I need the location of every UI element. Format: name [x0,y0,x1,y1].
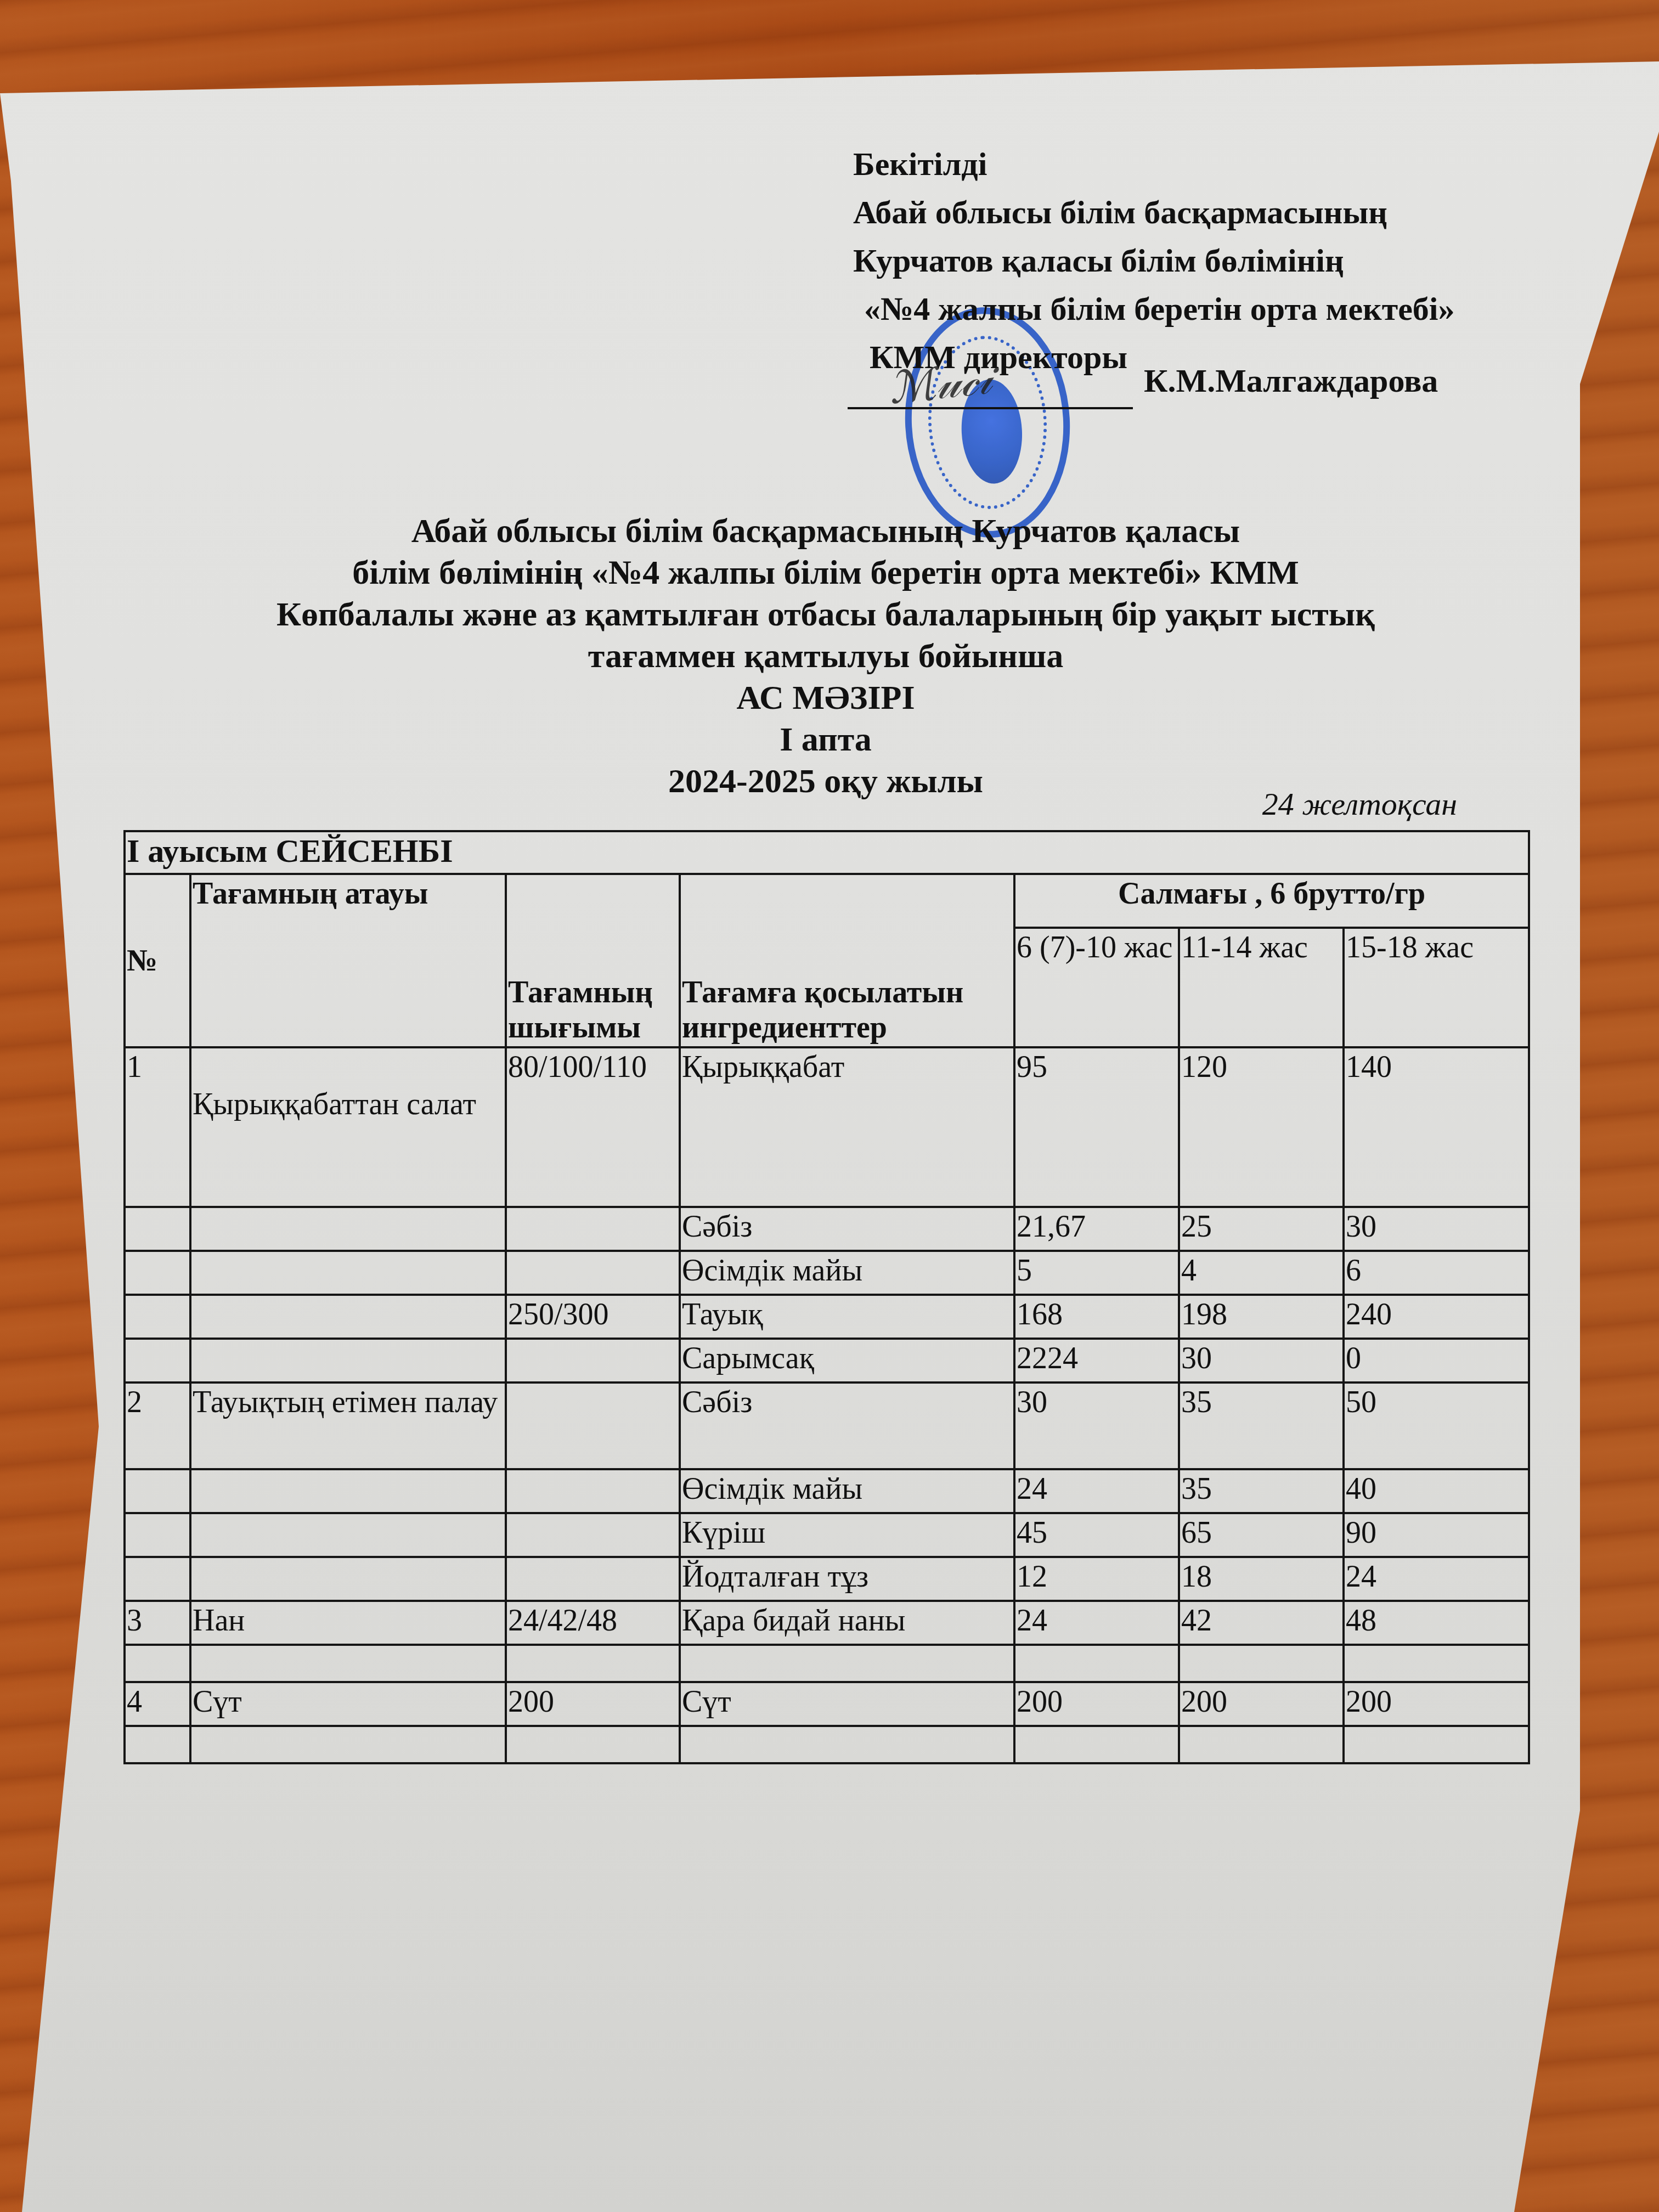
header-age-15-18: 15-18 жас [1344,928,1529,1047]
shift-header-row: І ауысым СЕЙСЕНБІ [125,831,1529,874]
dish-output: 200 [506,1682,680,1726]
row-number [125,1207,190,1251]
row-number [125,1557,190,1601]
weight-age-11-14: 18 [1179,1557,1344,1601]
weight-age-15-18: 90 [1344,1513,1529,1557]
table-row: 2Тауықтың етімен палауСәбіз303550 [125,1383,1529,1469]
weight-age-11-14: 65 [1179,1513,1344,1557]
table-row: Өсімдік майы546 [125,1251,1529,1295]
weight-age-6-10: 21,67 [1014,1207,1179,1251]
row-number [125,1726,190,1763]
weight-age-11-14: 25 [1179,1207,1344,1251]
weight-age-6-10: 200 [1014,1682,1179,1726]
document: Бекітілді Абай облысы білім басқармасыны… [0,0,1659,2212]
director-name: К.М.Малгаждарова [1144,362,1438,400]
table-row: Өсімдік майы243540 [125,1469,1529,1513]
weight-age-11-14: 4 [1179,1251,1344,1295]
row-number [125,1339,190,1383]
ingredient-name: Қара бидай наны [680,1601,1014,1645]
ingredient-name: Тауық [680,1295,1014,1339]
weight-age-15-18: 40 [1344,1469,1529,1513]
weight-age-6-10: 5 [1014,1251,1179,1295]
dish-output: 80/100/110 [506,1047,680,1207]
row-number: 3 [125,1601,190,1645]
header-dish-name: Тағамның атауы [190,874,506,1047]
table-row: 4Сүт200Сүт200200200 [125,1682,1529,1726]
header-weight-group: Салмағы , 6 брутто/гр [1014,874,1529,928]
row-number: 4 [125,1682,190,1726]
dish-name [190,1645,506,1682]
ingredient-name [680,1645,1014,1682]
dish-output [506,1383,680,1469]
row-number [125,1251,190,1295]
table-row: 1Қырыққабаттан салат80/100/110Қырыққабат… [125,1047,1529,1207]
header-ingredients: Тағамға қосылатын ингредиенттер [680,874,1014,1047]
row-number: 1 [125,1047,190,1207]
weight-age-6-10: 24 [1014,1601,1179,1645]
dish-output [506,1251,680,1295]
approval-line: Курчатов қаласы білім бөлімінің [853,236,1454,285]
table-row: 250/300Тауық168198240 [125,1295,1529,1339]
ingredient-name: Сәбіз [680,1383,1014,1469]
menu-date: 24 желтоқсан [1262,786,1457,822]
title-line: тағаммен қамтылуы бойынша [198,635,1454,677]
dish-name: Сүт [190,1682,506,1726]
weight-age-6-10 [1014,1645,1179,1682]
ingredient-name: Күріш [680,1513,1014,1557]
title-line: Абай облысы білім басқармасының Курчатов… [198,510,1454,552]
ingredient-name: Өсімдік майы [680,1251,1014,1295]
weight-age-15-18: 24 [1344,1557,1529,1601]
row-number [125,1295,190,1339]
dish-name: Нан [190,1601,506,1645]
header-output: Тағамның шығымы [506,874,680,1047]
dish-output [506,1726,680,1763]
weight-age-15-18: 240 [1344,1295,1529,1339]
shift-title: І ауысым СЕЙСЕНБІ [125,831,1529,874]
ingredient-name [680,1726,1014,1763]
approval-heading: Бекітілді [853,140,1454,188]
dish-name [190,1513,506,1557]
dish-output [506,1513,680,1557]
weight-age-15-18 [1344,1726,1529,1763]
table-row: 3Нан24/42/48Қара бидай наны244248 [125,1601,1529,1645]
weight-age-15-18: 48 [1344,1601,1529,1645]
ingredient-name: Сүт [680,1682,1014,1726]
table-row: Күріш456590 [125,1513,1529,1557]
header-no: № [125,874,190,1047]
table-row: Сәбіз21,672530 [125,1207,1529,1251]
table-row [125,1645,1529,1682]
header-age-11-14: 11-14 жас [1179,928,1344,1047]
weight-age-6-10: 30 [1014,1383,1179,1469]
dish-name [190,1726,506,1763]
weight-age-11-14: 35 [1179,1469,1344,1513]
approval-line: Абай облысы білім басқармасының [853,188,1454,236]
title-line: Көпбалалы және аз қамтылған отбасы балал… [198,594,1454,635]
table-row: Йодталған тұз121824 [125,1557,1529,1601]
weight-age-15-18: 6 [1344,1251,1529,1295]
approval-line: «№4 жалпы білім беретін орта мектебі» [853,285,1454,333]
weight-age-6-10: 95 [1014,1047,1179,1207]
ingredient-name: Йодталған тұз [680,1557,1014,1601]
weight-age-11-14: 30 [1179,1339,1344,1383]
dish-name: Қырыққабаттан салат [190,1047,506,1207]
dish-output [506,1645,680,1682]
dish-name [190,1251,506,1295]
weight-age-15-18 [1344,1645,1529,1682]
table-row [125,1726,1529,1763]
ingredient-name: Сарымсақ [680,1339,1014,1383]
weight-age-11-14: 200 [1179,1682,1344,1726]
menu-table-body: 1Қырыққабаттан салат80/100/110Қырыққабат… [125,1047,1529,1763]
approval-block: Бекітілді Абай облысы білім басқармасыны… [853,140,1454,381]
document-title: Абай облысы білім басқармасының Курчатов… [198,510,1454,802]
dish-name [190,1557,506,1601]
weight-age-11-14: 42 [1179,1601,1344,1645]
dish-name [190,1207,506,1251]
dish-output [506,1557,680,1601]
dish-output [506,1207,680,1251]
ingredient-name: Өсімдік майы [680,1469,1014,1513]
weight-age-11-14 [1179,1645,1344,1682]
menu-table: І ауысым СЕЙСЕНБІ № Тағамның атауы Тағам… [123,830,1530,1764]
dish-output: 24/42/48 [506,1601,680,1645]
weight-age-11-14: 120 [1179,1047,1344,1207]
weight-age-11-14 [1179,1726,1344,1763]
row-number [125,1513,190,1557]
weight-age-15-18: 50 [1344,1383,1529,1469]
weight-age-11-14: 198 [1179,1295,1344,1339]
dish-output [506,1469,680,1513]
row-number [125,1645,190,1682]
weight-age-15-18: 140 [1344,1047,1529,1207]
weight-age-15-18: 30 [1344,1207,1529,1251]
ingredient-name: Сәбіз [680,1207,1014,1251]
weight-age-6-10: 24 [1014,1469,1179,1513]
weight-age-6-10 [1014,1726,1179,1763]
dish-name: Тауықтың етімен палау [190,1383,506,1469]
menu-heading: АС МӘЗІРІ [198,677,1454,719]
weight-age-6-10: 2224 [1014,1339,1179,1383]
dish-name [190,1339,506,1383]
weight-age-6-10: 45 [1014,1513,1179,1557]
weight-age-11-14: 35 [1179,1383,1344,1469]
title-line: білім бөлімінің «№4 жалпы білім беретін … [198,552,1454,594]
dish-output [506,1339,680,1383]
dish-name [190,1469,506,1513]
header-row: № Тағамның атауы Тағамның шығымы Тағамға… [125,874,1529,928]
table-row: Сарымсақ2224300 [125,1339,1529,1383]
header-age-6-10: 6 (7)-10 жас [1014,928,1179,1047]
row-number: 2 [125,1383,190,1469]
signature-line [848,407,1133,409]
weight-age-6-10: 168 [1014,1295,1179,1339]
row-number [125,1469,190,1513]
weight-age-6-10: 12 [1014,1557,1179,1601]
weight-age-15-18: 0 [1344,1339,1529,1383]
dish-name [190,1295,506,1339]
week-label: І апта [198,719,1454,760]
ingredient-name: Қырыққабат [680,1047,1014,1207]
weight-age-15-18: 200 [1344,1682,1529,1726]
dish-output: 250/300 [506,1295,680,1339]
